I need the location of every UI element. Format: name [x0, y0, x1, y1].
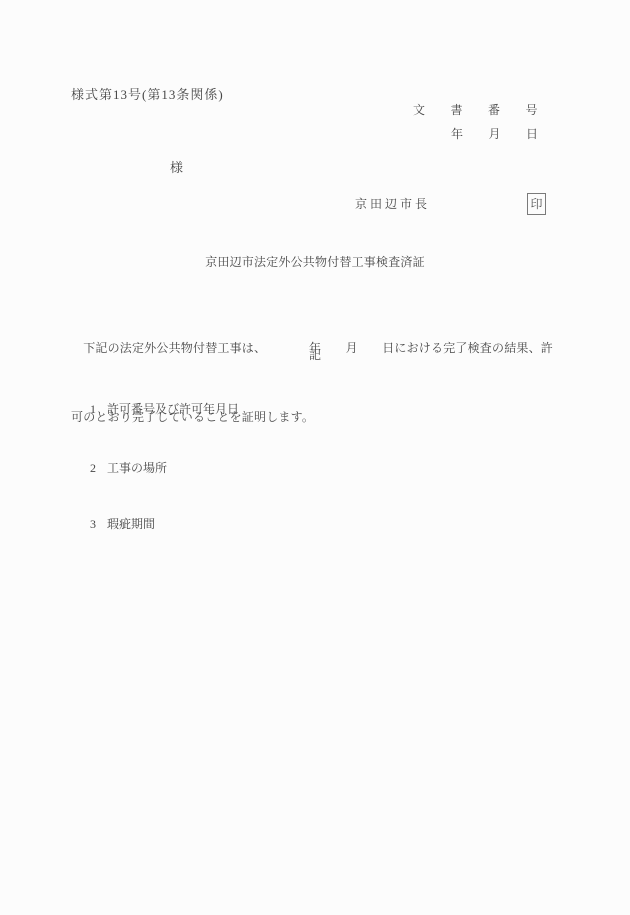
form-number-label: 様式第13号(第13条関係) — [71, 87, 224, 103]
seal-mark: 印 — [530, 196, 542, 212]
document-number-header: 文 書 番 号 — [413, 102, 538, 118]
addressee-honorific: 様 — [170, 160, 183, 176]
item-label: 瑕疵期間 — [107, 517, 155, 531]
list-item: 2工事の場所 — [78, 444, 167, 492]
item-number: 3 — [90, 516, 107, 532]
document-page: 様式第13号(第13条関係) 文 書 番 号 年 月 日 様 京田辺市長 印 京… — [0, 0, 630, 915]
item-number: 1 — [90, 401, 107, 417]
item-number: 2 — [90, 460, 107, 476]
item-label: 許可番号及び許可年月日 — [107, 402, 239, 416]
seal-box: 印 — [527, 193, 546, 215]
date-header: 年 月 日 — [451, 126, 539, 142]
document-title: 京田辺市法定外公共物付替工事検査済証 — [0, 254, 630, 270]
list-item: 3瑕疵期間 — [78, 500, 155, 548]
item-label: 工事の場所 — [107, 461, 167, 475]
section-marker-ki: 記 — [0, 347, 630, 363]
mayor-signature-line: 京田辺市長 — [355, 196, 430, 212]
list-item: 1許可番号及び許可年月日 — [78, 385, 239, 433]
